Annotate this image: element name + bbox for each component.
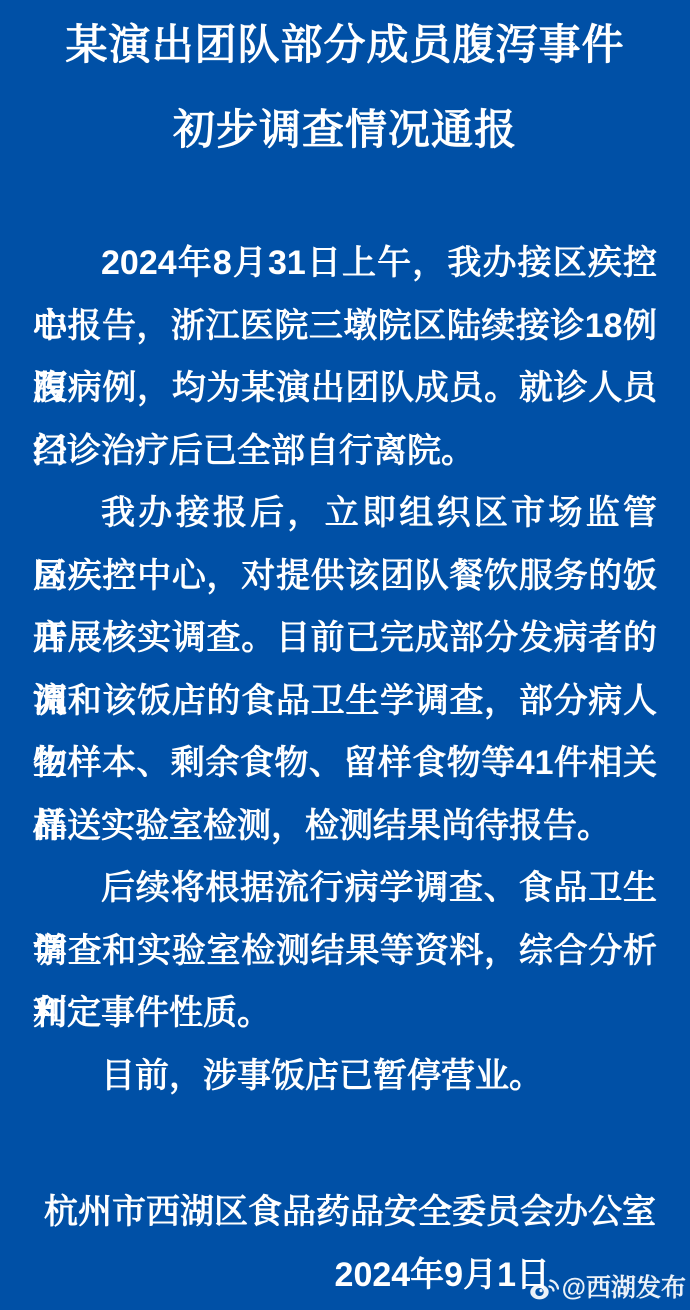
body-line: 2024年8月31日上午，我办接区疾控中	[33, 232, 657, 295]
body-line: 区疾控中心，对提供该团队餐饮服务的饭店	[33, 545, 657, 608]
body-line: 调和该饭店的食品卫生学调查，部分病人生	[33, 670, 657, 733]
body-line: 门诊治疗后已全部自行离院。	[33, 420, 657, 483]
body-line: 物样本、剩余食物、留样食物等41件相关样	[33, 732, 657, 795]
weibo-watermark: @西湖发布	[529, 1274, 686, 1302]
weibo-icon	[529, 1274, 559, 1302]
body-line: 泻病例，均为某演出团队成员。就诊人员经	[33, 357, 657, 420]
body-line: 品送实验室检测，检测结果尚待报告。	[33, 795, 657, 858]
page-title-line-2: 初步调查情况通报	[0, 87, 690, 172]
body-line: 后续将根据流行病学调查、食品卫生学	[33, 857, 657, 920]
page-title-line-1: 某演出团队部分成员腹泻事件	[0, 2, 690, 87]
body-line: 开展核实调查。目前已完成部分发病者的流	[33, 607, 657, 670]
paragraph-3: 后续将根据流行病学调查、食品卫生学 调查和实验室检测结果等资料，综合分析和 判定…	[33, 857, 657, 1045]
watermark-account: @西湖发布	[562, 1274, 686, 1302]
paragraph-2: 我办接报后，立即组织区市场监管局、 区疾控中心，对提供该团队餐饮服务的饭店 开展…	[33, 482, 657, 857]
notice-body: 2024年8月31日上午，我办接区疾控中 心报告，浙江医院三墩院区陆续接诊18例…	[0, 232, 690, 1107]
body-line: 目前，涉事饭店已暂停营业。	[33, 1045, 657, 1108]
body-line: 我办接报后，立即组织区市场监管局、	[33, 482, 657, 545]
body-line: 调查和实验室检测结果等资料，综合分析和	[33, 920, 657, 983]
body-line: 心报告，浙江医院三墩院区陆续接诊18例腹	[33, 295, 657, 358]
paragraph-4: 目前，涉事饭店已暂停营业。	[33, 1045, 657, 1108]
footer-issuer: 杭州市西湖区食品药品安全委员会办公室	[0, 1181, 690, 1244]
notice-page: 某演出团队部分成员腹泻事件 初步调查情况通报 2024年8月31日上午，我办接区…	[0, 0, 690, 1310]
body-line: 判定事件性质。	[33, 982, 657, 1045]
paragraph-1: 2024年8月31日上午，我办接区疾控中 心报告，浙江医院三墩院区陆续接诊18例…	[33, 232, 657, 482]
